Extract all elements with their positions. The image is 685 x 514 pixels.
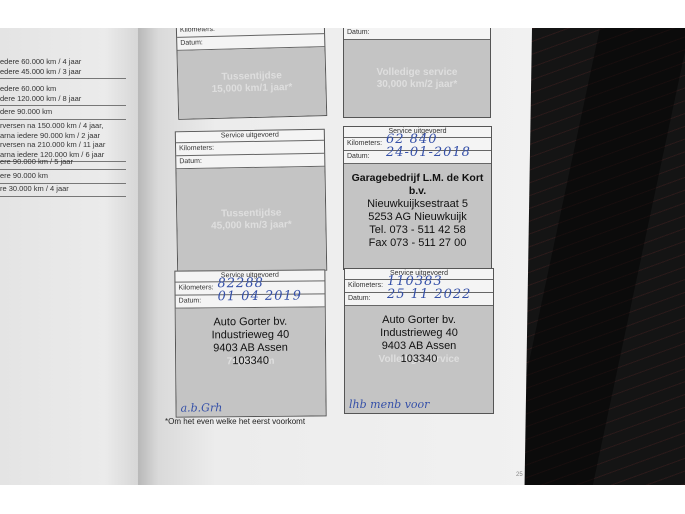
service-interval-label: Tussentijdse15,000 km/1 jaar* [178,69,326,97]
date-field-label: Datum: [347,153,370,160]
garage-stamp: Auto Gorter bv.Industrieweg 409403 AB As… [345,314,493,366]
kilometers-field-label: Kilometers: [347,140,382,147]
garage-stamp: Auto Gorter bv.Industrieweg 409403 AB As… [176,315,325,368]
interval-text: rversen na 150.000 km / 4 jaar, [0,121,126,131]
interval-text: dere 120.000 km / 8 jaar [0,94,126,104]
date-field-handwritten-value: 01 04 2019 [218,291,303,304]
service-card: Kilometers:Datum:Tussentijdse15,000 km/1… [176,28,327,120]
interval-text: rversen na 210.000 km / 11 jaar [0,140,126,150]
service-card-body: Volledige service30,000 km/2 jaar* [344,40,490,117]
photo: edere 60.000 km / 4 jaaredere 45.000 km … [0,28,685,485]
service-card: Service uitgevoerdKilometers:110383Datum… [344,268,494,414]
interval-text: edere 60.000 km / 4 jaar [0,57,126,67]
service-card: Service uitgevoerdKilometers:Datum:Tusse… [175,129,327,274]
interval-group: ere 90.000 km / 5 jaar [0,156,126,170]
service-card: Datum:Volledige service30,000 km/2 jaar* [343,28,491,118]
interval-group: ere 90.000 km [0,170,126,184]
kilometers-field-label: Kilometers: [179,145,214,153]
service-card-body: Garagebedrijf L.M. de Kort b.v.Nieuwkuij… [344,164,491,269]
interval-text: edere 60.000 km [0,84,126,94]
kilometers-field-label: Kilometers: [348,282,383,289]
interval-text: re 30.000 km / 4 jaar [0,184,126,194]
garage-stamp: Garagebedrijf L.M. de Kort b.v.Nieuwkuij… [344,172,491,250]
interval-group: edere 60.000 km / 4 jaaredere 45.000 km … [0,56,126,79]
page-number: 25 [516,472,523,478]
service-card-body: Tussentijdse45,000 km/3 jaar* [176,167,326,273]
footnote: *Om het even welke het eerst voorkomt [165,417,305,426]
interval-text: arna iedere 90.000 km / 2 jaar [0,131,126,141]
interval-group: edere 60.000 kmdere 120.000 km / 8 jaar [0,83,126,106]
date-field-label: Datum: [179,297,202,304]
interval-group: re 30.000 km / 4 jaar [0,183,126,197]
interval-group: dere 90.000 km [0,106,126,120]
service-card: Service uitgevoerdKilometers:62 840Datum… [343,126,492,270]
signature: a.b.Grh [181,401,223,414]
service-interval-label: Tussentijdse45,000 km/3 jaar* [177,206,325,233]
date-field-label: Datum: [348,295,371,302]
service-interval-label: Volledige service30,000 km/2 jaar* [344,67,490,91]
date-field-label: Datum: [180,39,203,47]
service-card-body: Tussentijdse15,000 km/1 jaar* [177,47,326,119]
date-field: Datum: [344,28,490,40]
date-field: Datum:24-01-2018 [344,151,491,164]
left-page: edere 60.000 km / 4 jaaredere 45.000 km … [0,28,150,485]
kilometers-field-label: Kilometers: [178,284,213,291]
interval-text: ere 90.000 km / 5 jaar [0,157,126,167]
date-field-handwritten-value: 25 11 2022 [387,289,471,301]
interval-text: edere 45.000 km / 3 jaar [0,67,126,77]
interval-text: ere 90.000 km [0,171,126,181]
service-card-body: 75,000 kmAuto Gorter bv.Industrieweg 409… [176,307,326,416]
signature: lhb menb voor [349,398,429,411]
date-field: Datum:01 04 2019 [176,294,325,308]
service-card-body: Volledige serviceAuto Gorter bv.Industri… [345,306,493,413]
date-field-label: Datum: [179,158,202,165]
service-card: Service uitgevoerdKilometers:82288Datum:… [174,269,326,417]
kilometers-field-label: Kilometers: [180,28,215,34]
interval-text: dere 90.000 km [0,107,126,117]
date-field-label: Datum: [347,29,370,36]
date-field-handwritten-value: 24-01-2018 [386,147,471,159]
date-field: Datum:25 11 2022 [345,293,493,306]
